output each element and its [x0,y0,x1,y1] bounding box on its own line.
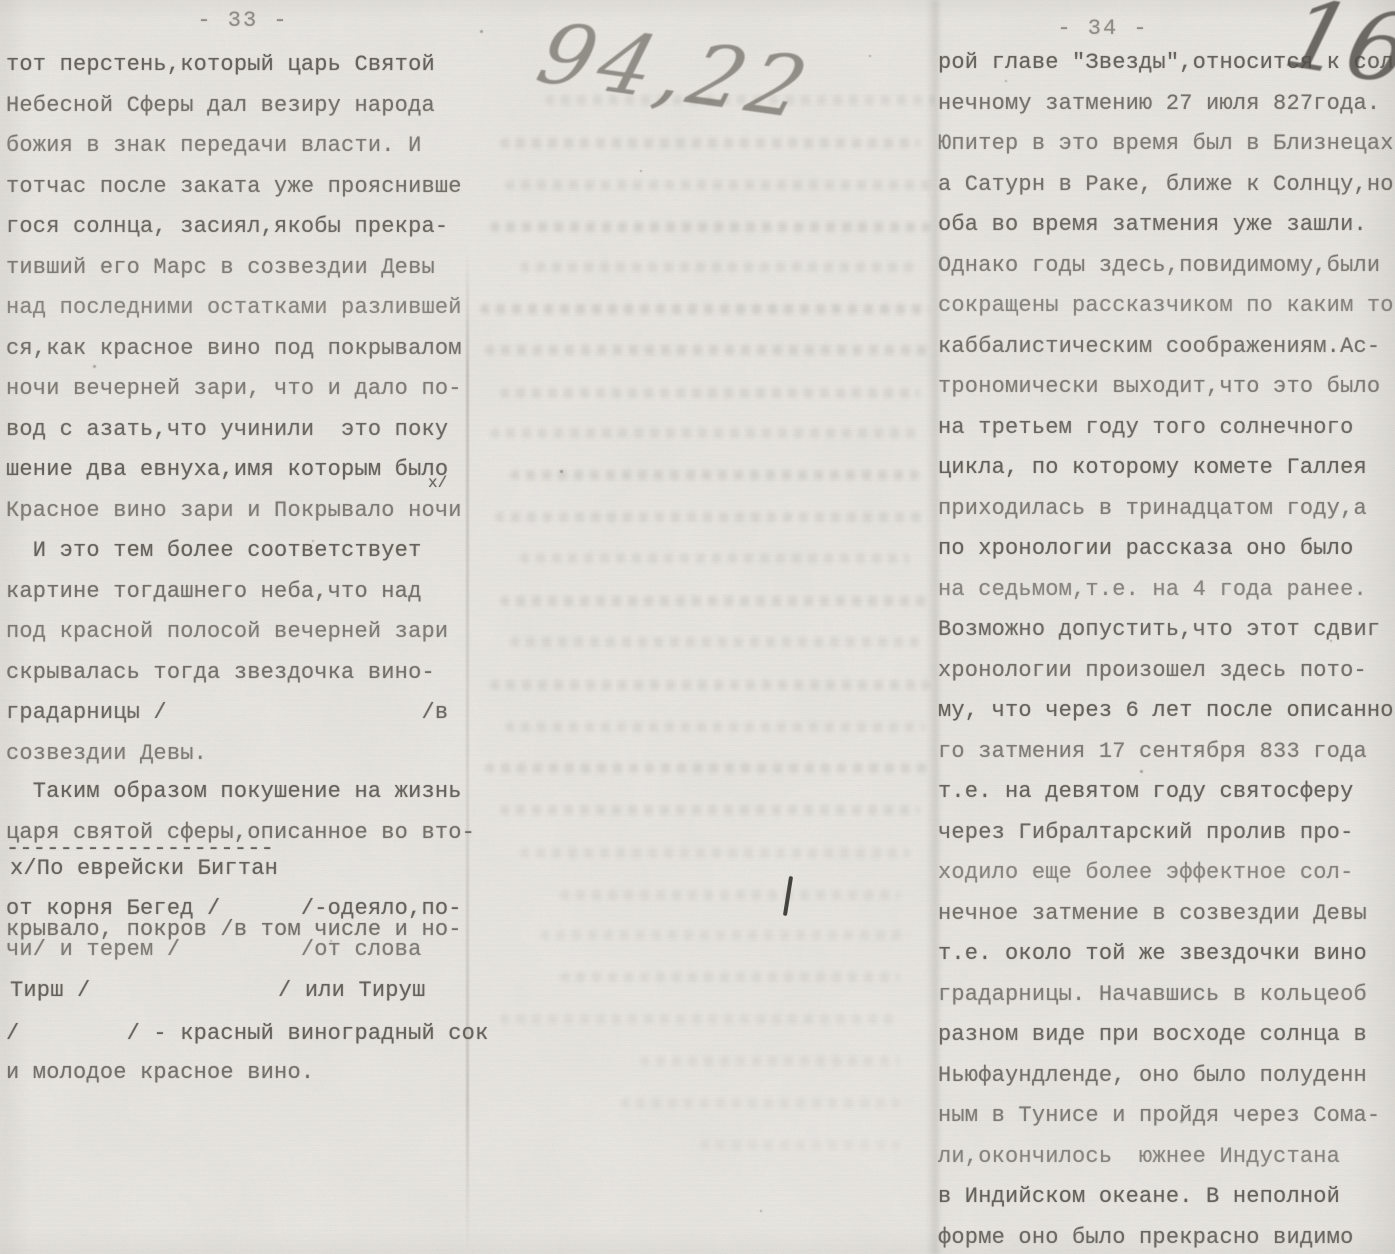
bleed-through-line [500,138,920,148]
text-line: Однако годы здесь,повидимому,были [938,246,1395,287]
paper-speck [640,170,642,172]
scanned-document: - 33 - тот перстень,который царь СвятойН… [0,0,1395,1254]
text-line: скрывалась тогда звездочка вино- [6,653,448,694]
page-fold-crease [466,250,469,1254]
text-line: вод с азать,что учинили это поку [6,410,462,451]
bleed-through-line [505,722,925,732]
paper-speck [760,1210,762,1212]
bleed-through-line [485,763,930,773]
text-line: шение два евнуха,имя которым было [6,450,462,491]
bleed-through-line [620,1098,900,1108]
bleed-through-line [560,890,900,900]
bleed-through-line [640,1056,900,1066]
left-page-paragraph-1: тот перстень,который царь СвятойНебесной… [6,45,462,531]
text-line: божия в знак передачи власти. И [6,126,462,167]
right-page-number: - 34 - [1018,16,1188,41]
text-line: а Сатурн в Раке, ближе к Солнцу,но [938,165,1395,206]
bleed-through-line [560,972,900,982]
bleed-through-line [485,345,930,355]
text-line: рой главе "Звезды",относится к сол [938,43,1395,84]
footnote-tail: / / - красный виноградный соки молодое к… [6,1014,488,1092]
text-line: х/По еврейски Бигтан [10,856,278,882]
paper-speck [1330,640,1332,642]
text-line: оба во время затмения уже зашли. [938,205,1395,246]
text-line: нечное затмение в созвездии Девы [938,894,1395,935]
text-line: на третьем году того солнечного [938,408,1395,449]
bleed-through-line [520,553,910,563]
text-line: хронологии произошел здесь пото- [938,651,1395,692]
text-line: ходило еще более эффектное сол- [938,853,1395,894]
bleed-through-line [520,848,910,858]
bleed-through-line [520,262,920,272]
text-line: на седьмом,т.е. на 4 года ранее. [938,570,1395,611]
bleed-through-line [490,222,930,232]
footnote-intro: х/По еврейски Бигтан [10,856,278,882]
paper-speck [1180,1120,1183,1123]
paper-speck [1005,80,1007,82]
text-line: тивший его Марс в созвездии Девы [6,248,462,289]
paper-speck [480,30,483,33]
text-line: гося солнца, засиял,якобы прекра- [6,207,462,248]
pencil-annotation-number: 94,22 [528,5,823,138]
text-line: Возможно допустить,что этот сдвиг [938,610,1395,651]
text-line: го затмения 17 сентября 833 года [938,732,1395,773]
text-line: Тирш / / или Тируш [10,978,425,1004]
text-line: тотчас после заката уже прояснивше [6,167,462,208]
left-page-number: - 33 - [158,8,328,33]
bleed-through-line [500,596,930,606]
text-line: разном виде при восходе солнца в [938,1015,1395,1056]
bleed-through-line [500,388,920,398]
text-line: сокращены рассказчиком по каким то [938,286,1395,327]
bleed-through-line [505,180,935,190]
bleed-through-line [490,680,930,690]
text-line: Красное вино зари и Покрывало ночи [6,491,462,532]
text-line: ся,как красное вино под покрывалом [6,329,462,370]
text-line: и молодое красное вино. [6,1053,488,1092]
left-page-paragraph-2: И это тем более соответствуеткартине тог… [6,531,448,774]
text-line: в Индийском океане. В неполной [938,1177,1395,1218]
bleed-through-line [500,1014,900,1024]
stray-ink-mark [783,876,793,916]
paper-speck [312,540,314,542]
text-line: И это тем более соответствует [6,531,448,572]
text-line: созвездии Девы. [6,734,448,775]
text-line: Таким образом покушение на жизнь [6,772,475,813]
text-line: Небесной Сферы дал везиру народа [6,86,462,127]
right-page-text: рой главе "Звезды",относится к солнечном… [938,43,1395,1254]
text-line: каббалистическим соображениям.Ас- [938,327,1395,368]
text-line: градарницы. Начавшись в кольцеоб [938,975,1395,1016]
text-line: приходилась в тринадцатом году,а [938,489,1395,530]
bleed-through-line [700,1140,900,1150]
text-line: трономически выходит,что это было [938,367,1395,408]
bleed-through-line [540,930,910,940]
text-line: т.е. около той же звездочки вино [938,934,1395,975]
bleed-through-line [500,805,920,815]
paper-speck [1140,770,1143,773]
bleed-through-line [510,637,920,647]
text-line: Ньюфаундленде, оно было полуденн [938,1056,1395,1097]
text-line: т.е. на девятом году святосферу [938,772,1395,813]
footnote-reference-mark: х/ [428,474,447,492]
paper-speck [93,365,96,368]
footnote-tirsh-line: Тирш / / или Тируш [10,978,425,1004]
text-line: картине тогдашнего неба,что над [6,572,448,613]
text-line: форме оно было прекрасно видимо [938,1218,1395,1254]
paper-speck [869,55,871,57]
text-line: му, что через 6 лет после описанно- [938,691,1395,732]
text-line: ным в Тунисе и пройдя через Сома- [938,1096,1395,1137]
text-line: тот перстень,который царь Святой [6,45,462,86]
bleed-through-line [545,95,935,105]
text-line: нечному затмению 27 июля 827года. [938,84,1395,125]
bleed-through-line [480,304,930,314]
text-line: ли,окончилось южнее Индустана [938,1137,1395,1178]
text-line: Юпитер в это время был в Близнецах [938,124,1395,165]
paper-speck [560,470,563,473]
text-line: цикла, по которому комете Галлея [938,448,1395,489]
text-line: / / - красный виноградный сок [6,1014,488,1053]
footnote-block: от корня Бегед / /-одеяло,по-крывало, по… [6,899,462,961]
text-line: ночи вечерней зари, что и дало по- [6,369,462,410]
text-line: чи/ и терем / /от слова [6,940,462,961]
text-line: под красной полосой вечерней зари [6,612,448,653]
text-line: через Гибралтарский пролив про- [938,813,1395,854]
text-line: градарницы / /в [6,693,448,734]
bleed-through-line [495,512,925,522]
text-line: по хронологии рассказа оно было [938,529,1395,570]
bleed-through-line [510,470,920,480]
text-line: над последними остатками разлившей [6,288,462,329]
bleed-through-line [490,428,920,438]
paper-speck [330,940,332,942]
